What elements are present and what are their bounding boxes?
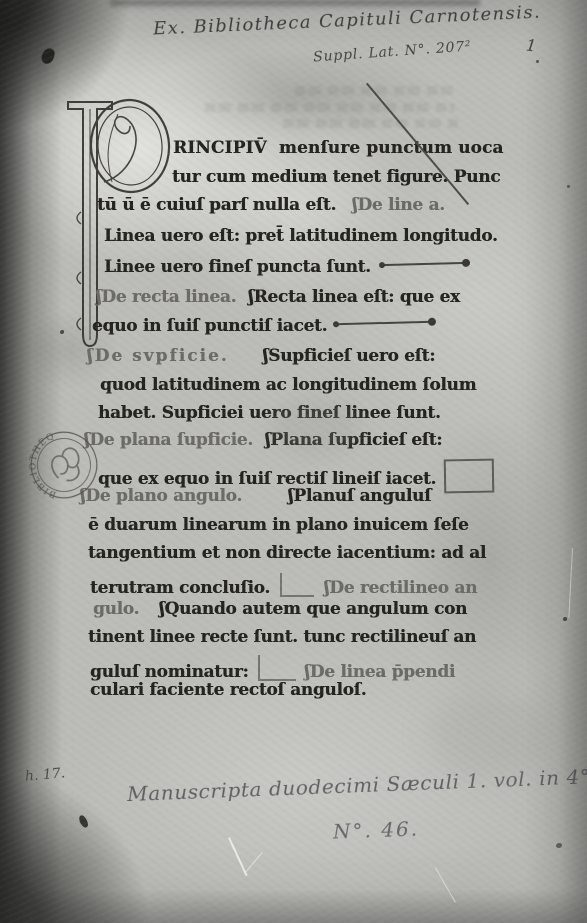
line-text: ʃPlanuſ anguluſ [288, 485, 431, 507]
text-line: quod latitudinem ac longitudinem ſolum [100, 374, 476, 396]
text-line: ʃDe plana ſupficie.ʃPlana ſupficieſ eſt: [84, 429, 442, 451]
scratch-mark [435, 868, 456, 903]
text-line: Linea uero eſt: pret̄ latitudinem longit… [104, 225, 498, 247]
line-text: ē duarum linearum in plano inuicem ſeſe [88, 514, 469, 536]
line-text: ʃSupficieſ uero eſt: [263, 345, 435, 367]
shelfmark-inscription: Suppl. Lat. N°. 207² [313, 38, 472, 65]
right-angle-diagram [258, 655, 296, 681]
speck [536, 60, 539, 63]
line-text: ʃPlana ſupficieſ eſt: [265, 429, 442, 451]
chapter-heading: ʃDe plana ſupficie. [84, 429, 253, 451]
bottom-note: Manuscripta duodecimi Sæculi 1. vol. in … [127, 764, 587, 806]
line-text: tū ū ē cuiuſ parſ nulla eſt. [97, 194, 336, 216]
line-text: Linea uero eſt: pret̄ latitudinem longit… [104, 225, 498, 247]
speck [563, 617, 567, 621]
corner-mark: h. 17. [24, 765, 65, 784]
text-line: terutram concluſio.ʃDe rectilineo an [90, 569, 477, 599]
text-line: habet. Supficiei uero fineſ linee ſunt. [98, 402, 441, 424]
line-text: tinent linee recte ſunt. tunc rectilineu… [88, 626, 476, 648]
ghost-text [283, 119, 458, 128]
chapter-heading: ʃDe rectilineo an [324, 577, 477, 599]
speck [567, 185, 570, 188]
line-segment-diagram [381, 259, 467, 269]
scratch-mark [228, 837, 247, 876]
speck [556, 843, 562, 848]
line-text: tangentium et non directe iacentium: ad … [88, 542, 486, 564]
line-segment-diagram [335, 318, 433, 329]
line-text: culari faciente rectoſ anguloſ. [90, 679, 366, 701]
text-line: ʃDe recta linea.ʃRecta linea eſt: que ex [96, 286, 460, 308]
line-text: Linee uero fineſ puncta ſunt. [104, 256, 371, 278]
scratch-mark [568, 548, 573, 618]
speck [60, 330, 64, 334]
text-line: que ex equo in ſuiſ rectiſ lineiſ iacet. [98, 450, 494, 490]
ink-blot [40, 46, 57, 65]
text-line: equo in ſuiſ punctiſ iacet. [92, 315, 433, 337]
right-angle-diagram [280, 573, 314, 597]
text-line: ʃDe svpficie.ʃSupficieſ uero eſt: [87, 345, 435, 367]
bottom-number: N°. 46. [333, 817, 420, 844]
stamp-monogram [48, 446, 86, 485]
chapter-heading: ʃDe line a. [352, 194, 445, 216]
line-text: ʃQuando autem que angulum con [159, 598, 467, 620]
text-line: tū ū ē cuiuſ parſ nulla eſt.ʃDe line a. [97, 194, 445, 216]
chapter-heading: gulo. [93, 598, 139, 620]
scratch-mark [245, 852, 262, 873]
text-line: culari faciente rectoſ anguloſ. [90, 679, 366, 701]
text-line: RINCIPIV̄ menſure punctum uoca [173, 137, 504, 159]
line-text: habet. Supficiei uero fineſ linee ſunt. [98, 402, 441, 424]
line-text: RINCIPIV̄ menſure punctum uoca [173, 137, 504, 159]
ink-blot [77, 814, 90, 829]
square-diagram [444, 459, 495, 494]
text-line: Linee uero fineſ puncta ſunt. [104, 256, 467, 278]
text-line: ē duarum linearum in plano inuicem ſeſe [88, 514, 469, 536]
line-text: ʃRecta linea eſt: que ex [248, 286, 460, 308]
speck [320, 176, 324, 179]
ghost-text [205, 103, 455, 112]
chapter-heading: ʃDe recta linea. [96, 286, 236, 308]
text-line: gulo.ʃQuando autem que angulum con [93, 598, 467, 620]
chapter-heading: ʃDe svpficie. [87, 345, 229, 367]
text-line: ʃDe plano angulo.ʃPlanuſ anguluſ [80, 485, 431, 507]
line-text: quod latitudinem ac longitudinem ſolum [100, 374, 476, 396]
line-text: terutram concluſio. [90, 577, 270, 599]
text-line: tangentium et non directe iacentium: ad … [88, 542, 486, 564]
text-line: tinent linee recte ſunt. tunc rectilineu… [88, 626, 476, 648]
folio-number: 1 [525, 36, 537, 56]
ghost-text [295, 86, 460, 95]
initial-letter-value: P [0, 0, 1, 1]
manuscript-photo: Ex. Bibliotheca Capituli Carnotensis. Su… [0, 0, 587, 923]
line-text: equo in ſuiſ punctiſ iacet. [92, 315, 327, 337]
